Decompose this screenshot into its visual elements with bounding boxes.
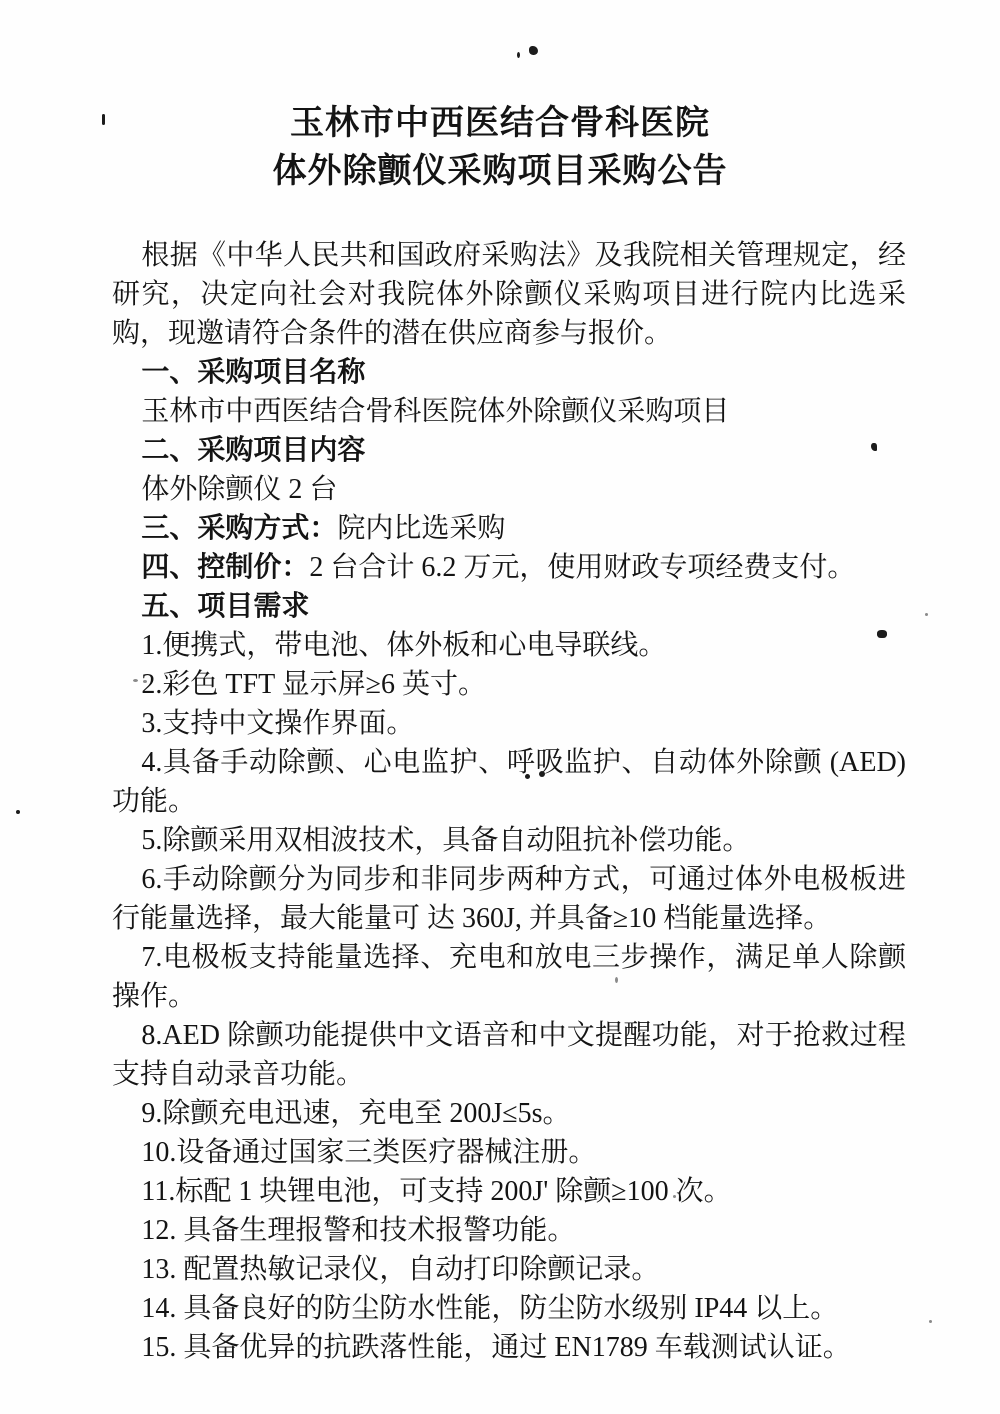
- scan-speck: [133, 679, 138, 682]
- section-4-line: 四、控制价：2 台合计 6.2 万元，使用财政专项经费支付。: [112, 548, 906, 587]
- intro-paragraph: 根据《中华人民共和国政府采购法》及我院相关管理规定，经研究，决定向社会对我院体外…: [112, 236, 906, 353]
- requirement-item-12: 12. 具备生理报警和技术报警功能。: [112, 1211, 906, 1250]
- section-5-heading: 五、项目需求: [112, 587, 906, 626]
- scan-speck: [102, 114, 105, 125]
- scanned-document-page: 玉林市中西医结合骨科医院 体外除颤仪采购项目采购公告 根据《中华人民共和国政府采…: [0, 0, 1000, 1414]
- section-3-value: 院内比选采购: [337, 513, 505, 544]
- document-title: 玉林市中西医结合骨科医院 体外除颤仪采购项目采购公告: [0, 0, 1000, 196]
- scan-speck: [16, 810, 20, 814]
- requirement-item-8: 8.AED 除颤功能提供中文语音和中文提醒功能，对于抢救过程支持自动录音功能。: [112, 1016, 906, 1094]
- requirement-item-13: 13. 配置热敏记录仪，自动打印除颤记录。: [112, 1250, 906, 1289]
- requirement-item-9: 9.除颤充电迅速，充电至 200J≤5s。: [112, 1094, 906, 1133]
- scan-speck: [143, 680, 147, 683]
- section-2-body: 体外除颤仪 2 台: [112, 470, 906, 509]
- requirement-item-6: 6.手动除颤分为同步和非同步两种方式，可通过体外电极板进行能量选择，最大能量可 …: [112, 860, 906, 938]
- scan-speck: [673, 1195, 676, 1198]
- scan-speck: [871, 443, 877, 451]
- requirement-item-14: 14. 具备良好的防尘防水性能，防尘防水级别 IP44 以上。: [112, 1289, 906, 1328]
- requirement-item-10: 10.设备通过国家三类医疗器械注册。: [112, 1133, 906, 1172]
- section-3-heading: 三、采购方式：: [141, 513, 337, 544]
- requirement-item-2: 2.彩色 TFT 显示屏≥6 英寸。: [112, 665, 906, 704]
- scan-speck: [529, 46, 538, 55]
- requirement-item-4: 4.具备手动除颤、心电监护、呼吸监护、自动体外除颤 (AED) 功能。: [112, 743, 906, 821]
- section-1-heading: 一、采购项目名称: [112, 353, 906, 392]
- scan-speck: [877, 630, 887, 638]
- document-body: 根据《中华人民共和国政府采购法》及我院相关管理规定，经研究，决定向社会对我院体外…: [0, 236, 1000, 1367]
- scan-speck: [929, 1320, 932, 1323]
- requirement-item-15: 15. 具备优异的抗跌落性能，通过 EN1789 车载测试认证。: [112, 1328, 906, 1367]
- requirement-item-11: 11.标配 1 块锂电池，可支持 200J' 除颤≥100 次。: [112, 1172, 906, 1211]
- scan-speck: [925, 613, 928, 616]
- scan-speck: [615, 977, 618, 983]
- document-title-line1: 玉林市中西医结合骨科医院: [0, 100, 1000, 148]
- section-1-body: 玉林市中西医结合骨科医院体外除颤仪采购项目: [112, 392, 906, 431]
- requirement-item-5: 5.除颤采用双相波技术，具备自动阻抗补偿功能。: [112, 821, 906, 860]
- section-2-heading: 二、采购项目内容: [112, 431, 906, 470]
- section-4-value: 2 台合计 6.2 万元，使用财政专项经费支付。: [309, 552, 855, 583]
- scan-speck: [525, 774, 530, 779]
- requirement-item-3: 3.支持中文操作界面。: [112, 704, 906, 743]
- document-title-line2: 体外除颤仪采购项目采购公告: [0, 148, 1000, 196]
- requirement-item-7: 7.电极板支持能量选择、充电和放电三步操作，满足单人除颤操作。: [112, 938, 906, 1016]
- requirement-item-1: 1.便携式，带电池、体外板和心电导联线。: [112, 626, 906, 665]
- scan-speck: [517, 52, 520, 58]
- section-3-line: 三、采购方式：院内比选采购: [112, 509, 906, 548]
- scan-speck: [539, 771, 545, 777]
- section-4-heading: 四、控制价：: [141, 552, 309, 583]
